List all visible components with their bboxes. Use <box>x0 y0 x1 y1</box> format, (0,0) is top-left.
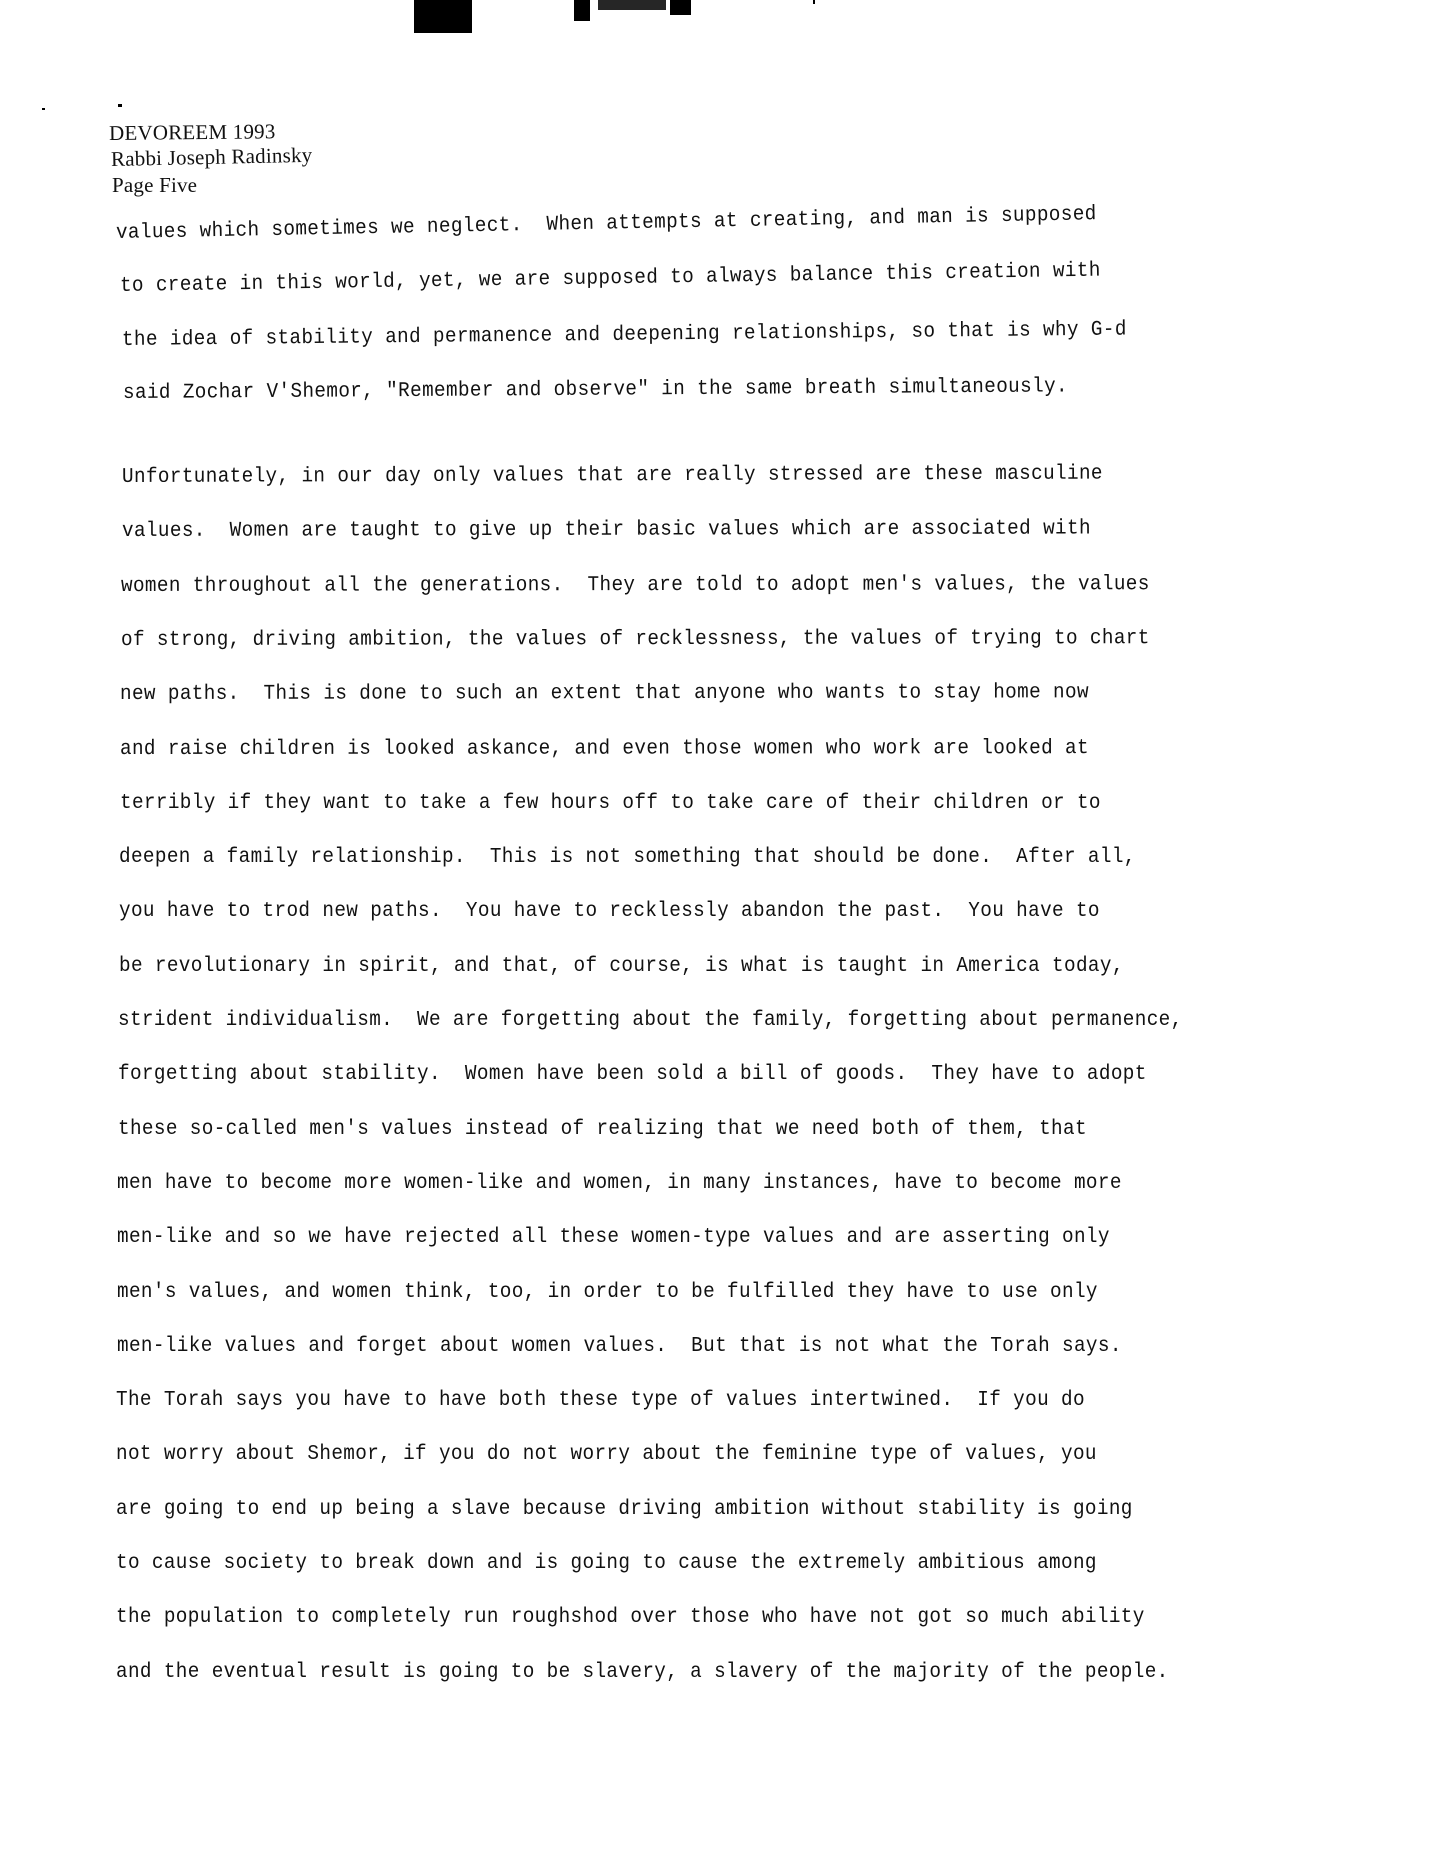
scan-artifact <box>813 0 815 4</box>
text-line: Unfortunately, in our day only values th… <box>122 463 1103 490</box>
text-line: of strong, driving ambition, the values … <box>121 627 1150 653</box>
text-line: new paths. This is done to such an exten… <box>120 681 1089 707</box>
text-line: terribly if they want to take a few hour… <box>120 792 1101 816</box>
page-number: Page Five <box>112 172 312 198</box>
text-line: to create in this world, yet, we are sup… <box>120 260 1101 299</box>
document-author: Rabbi Joseph Radinsky <box>111 142 313 172</box>
text-line: are going to end up being a slave becaus… <box>116 1498 1133 1522</box>
redaction-mark <box>670 0 691 15</box>
scan-artifact <box>118 104 122 107</box>
text-line: deepen a family relationship. This is no… <box>119 846 1136 870</box>
text-line: the population to completely run roughsh… <box>116 1606 1145 1630</box>
text-line: strident individualism. We are forgettin… <box>118 1009 1183 1033</box>
text-line: values. Women are taught to give up thei… <box>122 518 1091 545</box>
text-line: The Torah says you have to have both the… <box>116 1389 1085 1413</box>
text-line: said Zochar V'Shemor, "Remember and obse… <box>123 375 1068 406</box>
text-line: not worry about Shemor, if you do not wo… <box>116 1443 1097 1467</box>
text-line: the idea of stability and permanence and… <box>122 318 1127 353</box>
text-line: and the eventual result is going to be s… <box>116 1661 1169 1685</box>
scan-artifact <box>42 108 45 110</box>
text-line: women throughout all the generations. Th… <box>121 573 1150 599</box>
text-line: you have to trod new paths. You have to … <box>119 900 1100 924</box>
text-line: be revolutionary in spirit, and that, of… <box>119 955 1124 979</box>
text-line: values which sometimes we neglect. When … <box>116 203 1097 246</box>
text-line: to cause society to break down and is go… <box>116 1552 1097 1576</box>
text-line: men-like and so we have rejected all the… <box>117 1226 1110 1250</box>
redaction-mark <box>574 0 590 21</box>
document-header: DEVOREEM 1993 Rabbi Joseph Radinsky Page… <box>109 120 312 198</box>
text-line: men have to become more women-like and w… <box>117 1172 1122 1196</box>
text-line: men's values, and women think, too, in o… <box>117 1281 1098 1305</box>
redaction-mark <box>598 0 666 10</box>
text-line: these so-called men's values instead of … <box>118 1118 1087 1142</box>
text-line: men-like values and forget about women v… <box>117 1335 1122 1359</box>
text-line: forgetting about stability. Women have b… <box>118 1063 1147 1087</box>
text-line: and raise children is looked askance, an… <box>120 737 1089 762</box>
redaction-mark <box>414 0 472 33</box>
